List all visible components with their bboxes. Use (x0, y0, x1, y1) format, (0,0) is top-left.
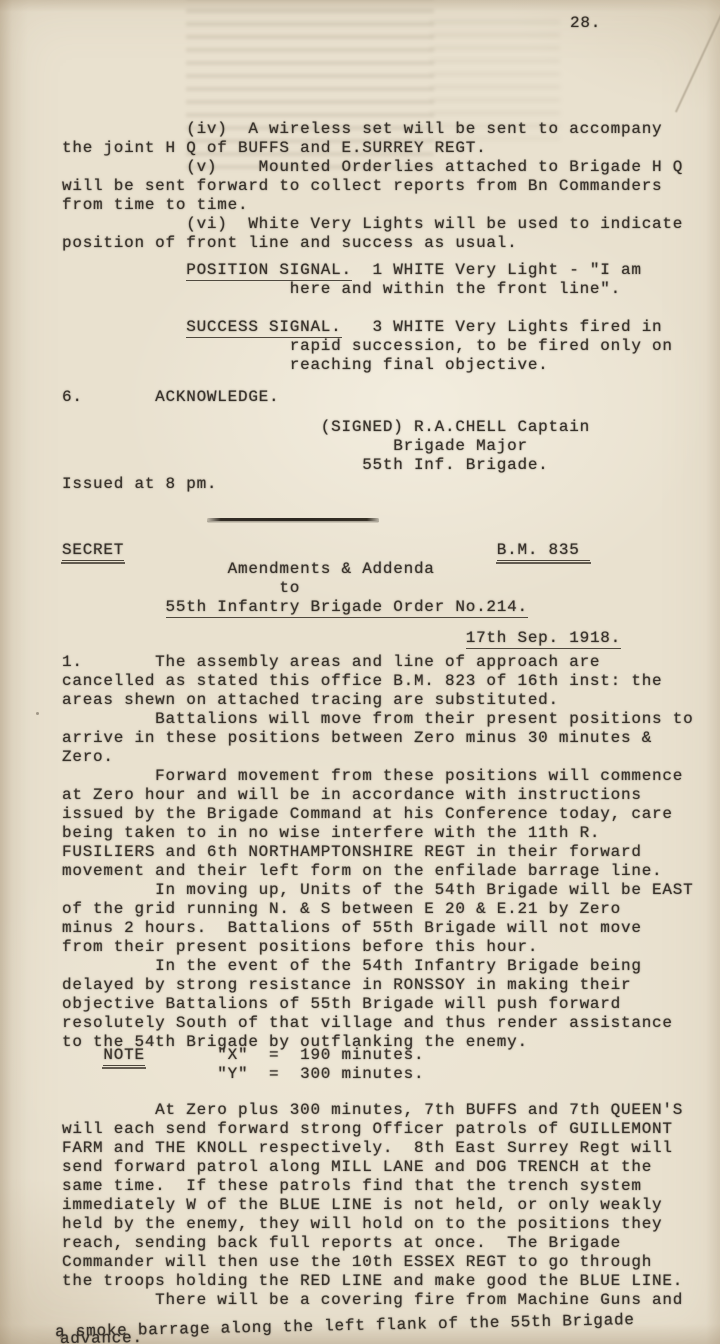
text-segment: here and within the front line". (62, 280, 621, 298)
doc-line: POSITION SIGNAL. 1 WHITE Very Light - "I… (62, 261, 642, 280)
text-segment: held by the enemy, they will hold on to … (62, 1215, 662, 1233)
text-segment: 1 WHITE Very Light - "I am (352, 261, 642, 279)
doc-line: In moving up, Units of the 54th Brigade … (62, 881, 693, 900)
text-segment (124, 541, 497, 559)
doc-line: at Zero hour and will be in accordance w… (62, 786, 693, 805)
doc-line: Battalions will move from their present … (62, 710, 693, 729)
text-segment (62, 318, 186, 336)
doc-line: 1. The assembly areas and line of approa… (62, 653, 693, 672)
text-segment: Battalions will move from their present … (62, 710, 693, 728)
doc-line: (v) Mounted Orderlies attached to Brigad… (62, 158, 683, 177)
text-segment: Brigade Major (62, 437, 528, 455)
doc-line: position of front line and success as us… (62, 234, 683, 253)
doc-line: SECRET B.M. 835 (62, 541, 590, 560)
text-segment (62, 598, 166, 616)
text-segment: to (62, 579, 300, 597)
text-segment: minus 2 hours. Battalions of 55th Brigad… (62, 919, 642, 937)
text-segment: (v) Mounted Orderlies attached to Brigad… (62, 158, 683, 176)
text-segment: 6. ACKNOWLEDGE. (62, 388, 279, 406)
doc-line: NOTE "X" = 190 minutes. (62, 1046, 424, 1065)
doc-line: 17th Sep. 1918. (62, 629, 621, 648)
text-segment: position of front line and success as us… (62, 234, 517, 252)
text-segment: resolutely South of that village and thu… (62, 1014, 673, 1032)
text-segment: advance. (60, 1329, 143, 1344)
doc-line: 55th Infantry Brigade Order No.214. (62, 598, 528, 617)
doc-line: from time to time. (62, 196, 683, 215)
text-segment: send forward patrol along MILL LANE and … (62, 1158, 652, 1176)
underlined-text: B.M. 835 (497, 541, 590, 561)
underlined-text: SUCCESS SIGNAL. (186, 318, 341, 338)
doc-line: (SIGNED) R.A.CHELL Captain (62, 418, 590, 437)
text-segment: In moving up, Units of the 54th Brigade … (62, 881, 693, 899)
paper-crease (675, 5, 720, 113)
doc-line: the troops holding the RED LINE and make… (62, 1272, 683, 1291)
text-segment: will be sent forward to collect reports … (62, 177, 662, 195)
doc-line: of the grid running N. & S between E 20 … (62, 900, 693, 919)
text-segment: 1. The assembly areas and line of approa… (62, 653, 600, 671)
doc-line: Issued at 8 pm. (62, 475, 217, 494)
block-para1: 1. The assembly areas and line of approa… (62, 653, 693, 1052)
doc-line: FARM and THE KNOLL respectively. 8th Eas… (62, 1139, 683, 1158)
doc-line: issued by the Brigade Command at his Con… (62, 805, 693, 824)
block-success-signal: SUCCESS SIGNAL. 3 WHITE Very Lights fire… (62, 318, 673, 375)
text-segment (62, 629, 466, 647)
text-segment: In the event of the 54th Infantry Brigad… (62, 957, 642, 975)
doc-line: reaching final objective. (62, 356, 673, 375)
text-segment: from their present positions before this… (62, 938, 538, 956)
doc-line: (iv) A wireless set will be sent to acco… (62, 120, 683, 139)
text-segment: the troops holding the RED LINE and make… (62, 1272, 683, 1290)
doc-line: areas shewn on attached tracing are subs… (62, 691, 693, 710)
text-segment: 55th Inf. Brigade. (62, 456, 549, 474)
doc-line: rapid succession, to be fired only on (62, 337, 673, 356)
underlined-text: NOTE (103, 1046, 144, 1066)
doc-line: Zero. (62, 748, 693, 767)
block-date: 17th Sep. 1918. (62, 629, 621, 648)
text-segment: objective Battalions of 55th Brigade wil… (62, 995, 621, 1013)
text-segment: There will be a covering fire from Machi… (62, 1291, 683, 1309)
text-segment: the joint H Q of BUFFS and E.SURREY REGT… (62, 139, 486, 157)
text-segment: At Zero plus 300 minutes, 7th BUFFS and … (62, 1101, 683, 1119)
doc-line: At Zero plus 300 minutes, 7th BUFFS and … (62, 1101, 683, 1120)
underlined-text: 17th Sep. 1918. (466, 629, 621, 649)
text-segment: 3 WHITE Very Lights fired in (342, 318, 663, 336)
underlined-text: 55th Infantry Brigade Order No.214. (166, 598, 528, 618)
block-note: NOTE "X" = 190 minutes. "Y" = 300 minute… (62, 1046, 424, 1084)
text-segment: Issued at 8 pm. (62, 475, 217, 493)
doc-line: same time. If these patrols find that th… (62, 1177, 683, 1196)
text-segment: Forward movement from these positions wi… (62, 767, 683, 785)
text-segment: being taken to in no wise interfere with… (62, 824, 600, 842)
text-segment: rapid succession, to be fired only on (62, 337, 673, 355)
ink-speck (60, 1336, 63, 1339)
text-segment: Amendments & Addenda (62, 560, 435, 578)
doc-line: arrive in these positions between Zero m… (62, 729, 693, 748)
text-segment (62, 261, 186, 279)
doc-line: held by the enemy, they will hold on to … (62, 1215, 683, 1234)
text-segment: (SIGNED) R.A.CHELL Captain (62, 418, 590, 436)
page-number: 28. (570, 14, 601, 32)
text-segment: cancelled as stated this office B.M. 823… (62, 672, 662, 690)
doc-line: reach, sending back full reports at once… (62, 1234, 683, 1253)
text-segment: (vi) White Very Lights will be used to i… (62, 215, 683, 233)
doc-line: SUCCESS SIGNAL. 3 WHITE Very Lights fire… (62, 318, 673, 337)
text-segment: from time to time. (62, 196, 248, 214)
block-orders-items: (iv) A wireless set will be sent to acco… (62, 120, 683, 253)
text-segment (62, 1046, 103, 1064)
block-signature: (SIGNED) R.A.CHELL Captain Brigade Major… (62, 418, 590, 475)
doc-line: resolutely South of that village and thu… (62, 1014, 693, 1033)
block-acknowledge: 6. ACKNOWLEDGE. (62, 388, 279, 407)
doc-line: will each send forward strong Officer pa… (62, 1120, 683, 1139)
doc-line: Brigade Major (62, 437, 590, 456)
text-segment: Zero. (62, 748, 114, 766)
text-segment: movement and their left form on the enfi… (62, 862, 662, 880)
doc-line: There will be a covering fire from Machi… (62, 1291, 683, 1310)
doc-line: 6. ACKNOWLEDGE. (62, 388, 279, 407)
block-issued: Issued at 8 pm. (62, 475, 217, 494)
doc-line: (vi) White Very Lights will be used to i… (62, 215, 683, 234)
text-segment: at Zero hour and will be in accordance w… (62, 786, 642, 804)
text-segment: "X" = 190 minutes. (145, 1046, 425, 1064)
doc-line: send forward patrol along MILL LANE and … (62, 1158, 683, 1177)
doc-line: to (62, 579, 528, 598)
text-segment: FUSILIERS and 6th NORTHAMPTONSHIRE REGT … (62, 843, 642, 861)
doc-line: Amendments & Addenda (62, 560, 528, 579)
doc-line: FUSILIERS and 6th NORTHAMPTONSHIRE REGT … (62, 843, 693, 862)
text-segment: will each send forward strong Officer pa… (62, 1120, 673, 1138)
doc-line: here and within the front line". (62, 280, 642, 299)
block-position-signal: POSITION SIGNAL. 1 WHITE Very Light - "I… (62, 261, 642, 299)
text-segment: reaching final objective. (62, 356, 549, 374)
text-segment: arrive in these positions between Zero m… (62, 729, 652, 747)
text-segment: immediately W of the BLUE LINE is not he… (62, 1196, 662, 1214)
doc-line: immediately W of the BLUE LINE is not he… (62, 1196, 683, 1215)
text-segment: of the grid running N. & S between E 20 … (62, 900, 621, 918)
doc-line: from their present positions before this… (62, 938, 693, 957)
block-heading: Amendments & Addenda to 55th Infantry Br… (62, 560, 528, 617)
doc-line: will be sent forward to collect reports … (62, 177, 683, 196)
text-segment: Commander will then use the 10th ESSEX R… (62, 1253, 652, 1271)
text-segment: areas shewn on attached tracing are subs… (62, 691, 559, 709)
doc-line: the joint H Q of BUFFS and E.SURREY REGT… (62, 139, 683, 158)
block-secret-ref: SECRET B.M. 835 (62, 541, 590, 560)
block-para2: At Zero plus 300 minutes, 7th BUFFS and … (62, 1101, 683, 1344)
doc-line: movement and their left form on the enfi… (62, 862, 693, 881)
ink-speck (36, 712, 39, 715)
doc-line: objective Battalions of 55th Brigade wil… (62, 995, 693, 1014)
doc-line: 55th Inf. Brigade. (62, 456, 590, 475)
doc-line: Commander will then use the 10th ESSEX R… (62, 1253, 683, 1272)
doc-line: In the event of the 54th Infantry Brigad… (62, 957, 693, 976)
text-segment: delayed by strong resistance in RONSSOY … (62, 976, 631, 994)
underlined-text: POSITION SIGNAL. (186, 261, 352, 281)
doc-line: being taken to in no wise interfere with… (62, 824, 693, 843)
text-segment: (iv) A wireless set will be sent to acco… (62, 120, 662, 138)
text-segment: reach, sending back full reports at once… (62, 1234, 621, 1252)
section-divider-rule (207, 518, 379, 521)
doc-line: cancelled as stated this office B.M. 823… (62, 672, 693, 691)
document-page: 28. (iv) A wireless set will be sent to … (0, 0, 720, 1344)
doc-line: delayed by strong resistance in RONSSOY … (62, 976, 693, 995)
text-segment: issued by the Brigade Command at his Con… (62, 805, 673, 823)
doc-line: minus 2 hours. Battalions of 55th Brigad… (62, 919, 693, 938)
doc-line: Forward movement from these positions wi… (62, 767, 693, 786)
text-segment: same time. If these patrols find that th… (62, 1177, 642, 1195)
underlined-text: SECRET (62, 541, 124, 561)
text-segment: FARM and THE KNOLL respectively. 8th Eas… (62, 1139, 673, 1157)
